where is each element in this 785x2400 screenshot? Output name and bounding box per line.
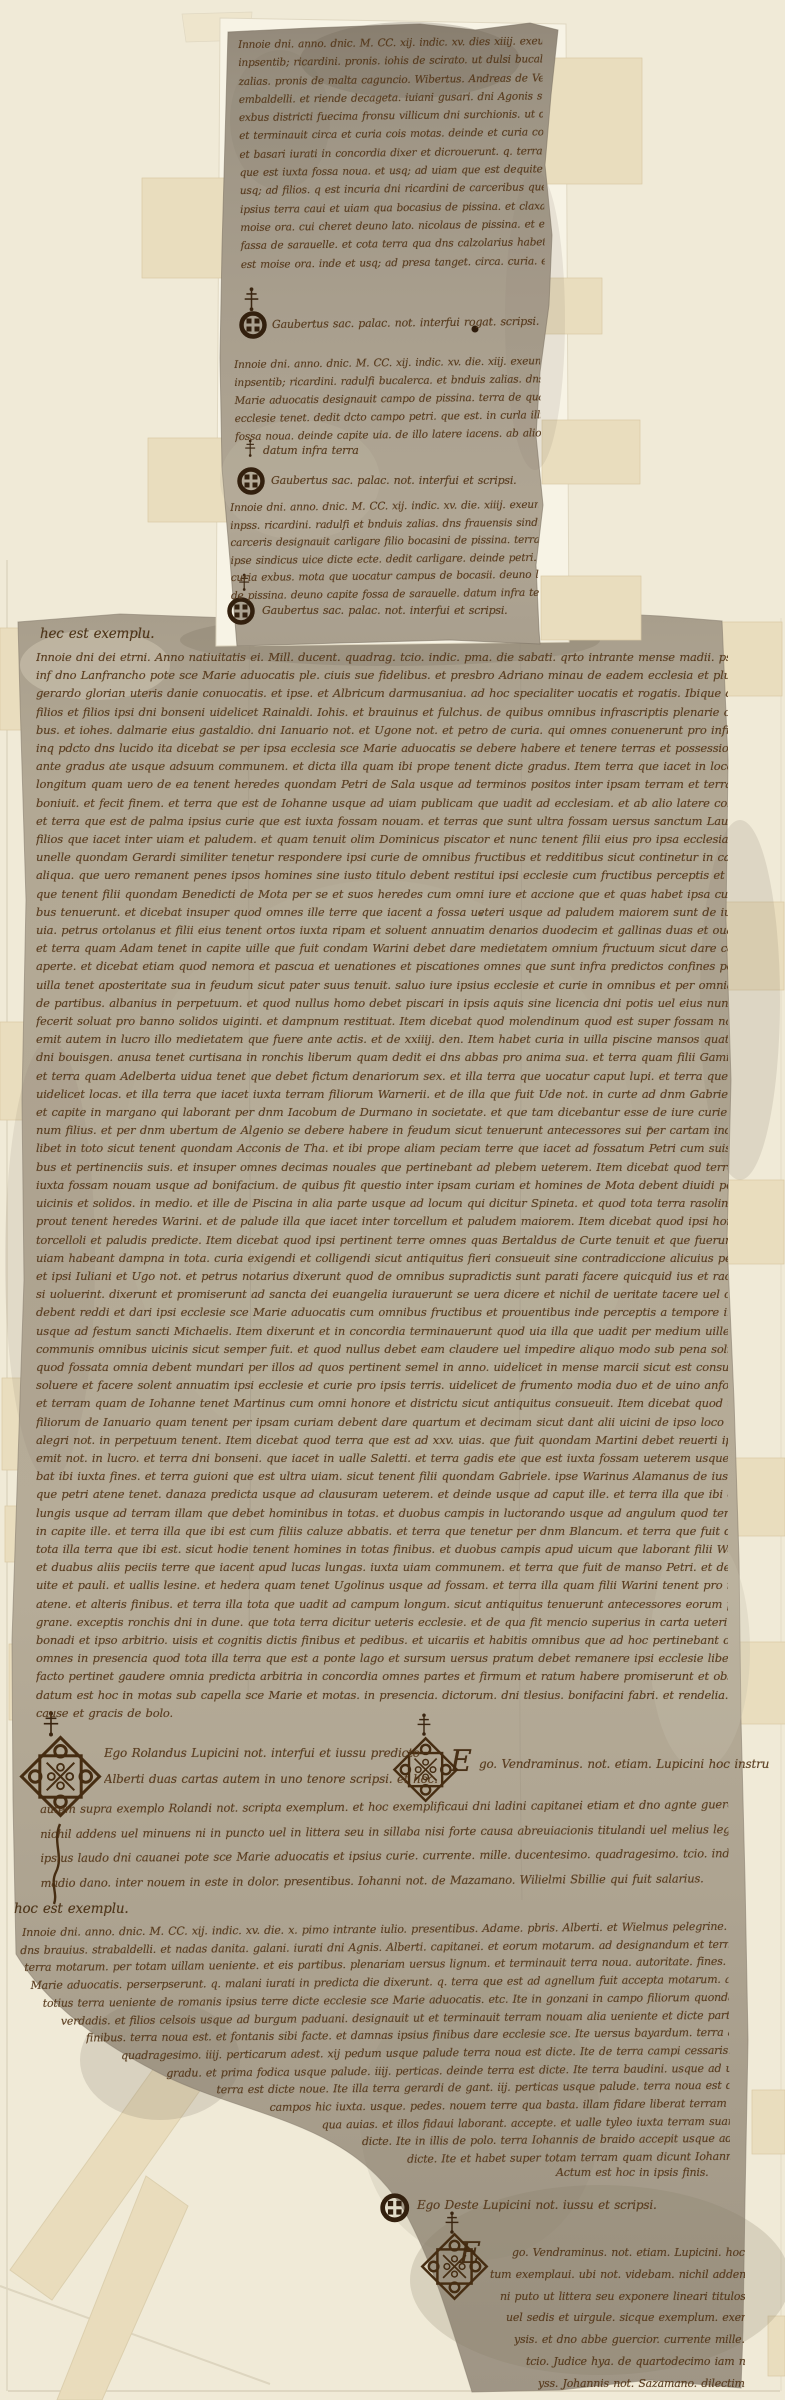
text-line: tota illa terra que ibi est. sicut hodie… [36,1540,728,1558]
text-line: bonadi et ipso arbitrio. uisis et cognit… [36,1631,728,1649]
text-line: facto pertinet gaudere omnia predicta ar… [36,1667,728,1685]
text-line: uite et pauli. et uallis lesine. et hede… [36,1576,728,1594]
text-line: ante gradus ate usque adsuum communem. e… [36,757,728,775]
text-line: uia. petrus ortolanus et filii eius tene… [36,921,728,939]
text-line: cause et gracis de bolo. [36,1704,728,1722]
notary-subscription-text: Gaubertus sac. palac. not. interfui et s… [262,604,507,617]
text-line: et ipsi Iuliani et Ugo not. et petrus no… [36,1267,728,1285]
text-line: datum est hoc in motas sub capella sce M… [36,1686,728,1704]
main-notary-subscription: Ego Deste Lupicini not. iussu et scripsi… [417,2198,679,2212]
initial-letter: E [459,2236,481,2271]
text-line: communis omnibus uicinis sicut semper fu… [36,1340,728,1358]
text-line: omnes in presencia quod tota illa terra … [36,1649,728,1667]
text-line: soluere et facere solent annuatim ipsi e… [36,1376,728,1394]
text-line: ni puto ut littera seu exponere lineari … [500,2286,745,2308]
notary-subscription-text: Gaubertus sac. palac. not. interfui et s… [271,474,516,487]
text-line: iuxta fossam nouam usque ad bonifacium. … [36,1176,728,1194]
text-line: atene. et alteris finibus. et terra illa… [36,1595,728,1613]
text-line: uicinis et solidos. in medio. et ille de… [36,1194,728,1212]
text-line: et terra que est de palma ipsius curie q… [36,812,728,830]
text-line: in capite ille. et terra illa que ibi es… [36,1522,728,1540]
text-line: de partibus. albanius in perpetuum. et q… [36,994,728,1012]
text-line: prout tenent heredes Warini. et de palud… [36,1212,728,1230]
text-line: fecerit soluat pro banno solidos uiginti… [36,1012,728,1030]
text-line: uidelicet locas. et illa terra que iacet… [36,1085,728,1103]
text-line: libet in toto sicut tenent quondam Accon… [36,1139,728,1157]
text-line: dni bouisgen. anusa tenet curtisana in r… [36,1048,728,1066]
text-line: Ego Rolandus Lupicini not. interfui et i… [104,1740,442,1766]
text-line: et terra quam Adelberta uidua tenet que … [36,1067,728,1085]
text-line: longitum quam uero de ea tenent heredes … [36,775,728,793]
text-line: quod fossata omnia debent mundari per il… [36,1358,728,1376]
initial-letter: E [450,1744,472,1779]
text-line: gerardo glorian uteris danie conuocatis.… [36,684,728,702]
text-line: Alberti duas cartas autem in uno tenore … [104,1766,442,1792]
exemplum-header-1: hec est exemplu. [40,626,210,642]
text-line: uel sedis et uirgule. sicque exemplum. e… [506,2307,745,2329]
vendraminus-subscription: go. Vendraminus. not. etiam. Lupicini ho… [479,1757,729,1771]
strip-paragraph-3: Innoie dni. anno. dnic. M. CC. xij. indi… [230,497,539,606]
text-line: grane. exceptis ronchis dni in dune. que… [36,1613,728,1631]
vendraminus2-subscription: go. Vendraminus. not. etiam. Lupicini. h… [488,2242,745,2395]
text-line: si uoluerint. dixerunt et promiserunt ad… [36,1285,728,1303]
text-line: de pissina. deuno capite fossa de saraue… [231,585,539,606]
text-line: usque ad festum sancti Michaelis. Item d… [36,1322,728,1340]
strip-notary-subscription-2: Gaubertus sac. palac. not. interfui et s… [271,474,467,487]
text-line: unelle quondam Gerardi similiter tenetur… [36,848,728,866]
text-line: boniuit. et fecit finem. et terra que es… [36,794,728,812]
text-line: inq pdcto dns lucido ita dicebat se per … [36,739,728,757]
vendraminus-initial: E [450,1744,472,1779]
text-line: uiam habeant dampna in tota. curia exige… [36,1249,728,1267]
text-line: et terram quam de Iohanne tenet Martinus… [36,1394,728,1412]
text-line: que tenent filii quondam Benedicti de Mo… [36,885,728,903]
text-line: et capite in margano qui laborant per dn… [36,1103,728,1121]
text-line: lungis usque ad terram illam que debet h… [36,1504,728,1522]
text-line: filiorum de Ianuario quam tenent per ips… [36,1413,728,1431]
header-text: hec est exemplu. [40,626,154,642]
text-line: yss. Johannis not. Sazamano. dilectim Sb… [538,2373,745,2395]
main-text-block-1: Innoie dni dei etrni. Anno natiuitatis e… [36,648,728,1722]
text-line: est moise ora. inde et usq; ad presa tan… [241,252,545,274]
text-line: filios que iacet inter uiam et paludem. … [36,830,728,848]
text-line: Innoie dni dei etrni. Anno natiuitatis e… [36,648,728,666]
notary-subscription-text: Ego Deste Lupicini not. iussu et scripsi… [417,2198,657,2212]
text-line: num filius. et per dnm ubertum de Algeni… [36,1121,728,1139]
text-line: emit autem in lucro illo medietatem que … [36,1030,728,1048]
text-line: go. Vendraminus. not. etiam. Lupicini. h… [512,2242,745,2264]
text-line: bus et pertinenciis suis. et insuper omn… [36,1158,728,1176]
datum-text: datum infra terra [263,444,359,457]
vendraminus-subscription-continued: autem supra exemplo Rolandi not. scripta… [40,1792,729,1895]
main-text-block-2: Innoie dni. anno. dnic. M. CC. xij. indi… [20,1918,730,2172]
vendraminus2-initial: E [459,2236,481,2271]
actum-line: Actum est hoc in ipsis finis. [556,2166,718,2179]
text-line: bat ibi iuxta fines. et terra guioni que… [36,1467,728,1485]
text-line: filios et filios ipsi dni bonseni uideli… [36,703,728,721]
text-line: et terra quam Adam tenet in capite uille… [36,939,728,957]
text-line: uilla tenet aposteritate sua in feudum s… [36,976,728,994]
text-line: tum exemplaui. ubi not. videbam. nichil … [490,2264,745,2286]
text-line: torcelloli et paludis predicte. Item dic… [36,1231,728,1249]
text-line: emit not. in lucro. et terra dni bonseni… [36,1449,728,1467]
rolandus-subscription: Ego Rolandus Lupicini not. interfui et i… [104,1740,442,1792]
strip-notary-subscription-1: Gaubertus sac. palac. not. interfui roga… [272,316,438,331]
text-line: debent reddi et dari ipsi ecclesie sce M… [36,1303,728,1321]
strip-paragraph-1: Innoie dni. anno. dnic. M. CC. xij. indi… [238,32,545,274]
header-text: hoc est exemplu. [14,1901,128,1917]
strip-datum-line: datum infra terra [263,444,381,457]
text-line: ysis. et dno abbe guercior. currente mil… [514,2329,745,2351]
text-line: et duabus aliis peciis terre que iacent … [36,1558,728,1576]
strip-paragraph-2: Innoie dni. anno. dnic. M. CC. xij. indi… [234,352,541,446]
text-line: bus. et iohes. dalmarie eius gastaldio. … [36,721,728,739]
text-line: madio dano. inter nouem in este in dolor… [41,1866,729,1895]
text-line: fossa noua. deinde capite uia. de illo l… [235,424,541,446]
actum-text: Actum est hoc in ipsis finis. [556,2166,708,2179]
strip-notary-subscription-3: Gaubertus sac. palac. not. interfui et s… [262,604,492,617]
text-line: tcio. Judice hya. de quartodecimo iam no… [526,2351,745,2373]
exemplum-header-2: hoc est exemplu. [14,1901,184,1917]
text-line: inf dno Lanfrancho pote sce Marie aduoca… [36,666,728,684]
manuscript-photo: Innoie dni. anno. dnic. M. CC. xij. indi… [0,0,785,2400]
text-line: aperte. et dicebat etiam quod nemora et … [36,957,728,975]
text-line: aliqua. que uero remanent penes ipsos ho… [36,866,728,884]
text-line: bus tenuerunt. et dicebat insuper quod o… [36,903,728,921]
text-line: que petri atene tenet. danaza predicta u… [36,1485,728,1503]
text-line: go. Vendraminus. not. etiam. Lupicini ho… [479,1757,769,1771]
text-line: alegri not. in perpetuum tenent. Item di… [36,1431,728,1449]
